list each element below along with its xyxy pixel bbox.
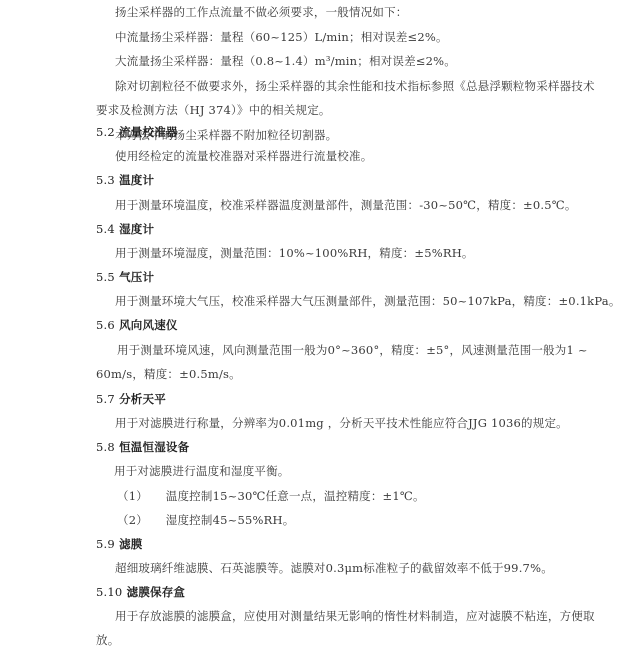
list-marker: （1） (117, 489, 148, 503)
section-number: 5.3 (96, 173, 115, 187)
section-title: 恒温恒湿设备 (119, 440, 189, 454)
section-body: 用于存放滤膜的滤膜盒，应使用对测量结果无影响的惰性材料制造，应对滤膜不粘连，方便… (115, 608, 595, 624)
section-title: 分析天平 (119, 392, 166, 406)
section-body: 用于测量环境大气压，校准采样器大气压测量部件，测量范围：50~107kPa，精度… (115, 293, 621, 309)
list-text: 湿度控制45~55%RH。 (166, 513, 295, 527)
list-text: 温度控制15~30℃任意一点，温控精度：±1℃。 (166, 489, 425, 503)
section-title: 气压计 (119, 270, 154, 284)
section-body: 使用经检定的流量校准器对采样器进行流量校准。 (115, 148, 372, 164)
list-item: （1） 温度控制15~30℃任意一点，温控精度：±1℃。 (117, 488, 425, 504)
section-title: 滤膜 (119, 537, 142, 551)
section-number: 5.6 (96, 318, 115, 332)
section-body: 用于测量环境温度，校准采样器温度测量部件，测量范围：-30~50℃，精度：±0.… (115, 197, 577, 213)
section-number: 5.5 (96, 270, 115, 284)
paragraph-line: 大流量扬尘采样器：量程（0.8~1.4）m³/min；相对误差≤2%。 (115, 53, 456, 69)
section-number: 5.7 (96, 392, 115, 406)
section-heading-5-4: 5.4 湿度计 (96, 221, 154, 237)
section-number: 5.10 (96, 585, 122, 599)
section-body: 用于测量环境风速，风向测量范围一般为0°~360°，精度：±5°，风速测量范围一… (117, 342, 588, 358)
section-title: 流量校准器 (119, 125, 178, 139)
section-heading-5-8: 5.8 恒温恒湿设备 (96, 439, 189, 455)
section-body: 用于对滤膜进行温度和湿度平衡。 (114, 463, 290, 479)
section-heading-5-7: 5.7 分析天平 (96, 391, 166, 407)
section-heading-5-3: 5.3 温度计 (96, 172, 154, 188)
section-heading-5-10: 5.10 滤膜保存盒 (96, 584, 185, 600)
section-title: 风向风速仪 (119, 318, 178, 332)
list-item: （2） 湿度控制45~55%RH。 (117, 512, 294, 528)
paragraph-line: 除对切割粒径不做要求外，扬尘采样器的其余性能和技术指标参照《总悬浮颗粒物采样器技… (115, 78, 595, 94)
paragraph-line: 扬尘采样器的工作点流量不做必须要求，一般情况如下： (115, 4, 408, 20)
section-body: 用于测量环境湿度，测量范围：10%~100%RH，精度：±5%RH。 (115, 245, 474, 261)
section-title: 湿度计 (119, 222, 154, 236)
section-heading-5-6: 5.6 风向风速仪 (96, 317, 178, 333)
section-title: 滤膜保存盒 (127, 585, 186, 599)
section-heading-5-5: 5.5 气压计 (96, 269, 154, 285)
section-number: 5.4 (96, 222, 115, 236)
section-body: 超细玻璃纤维滤膜、石英滤膜等。滤膜对0.3μm标准粒子的截留效率不低于99.7%… (115, 560, 553, 576)
section-number: 5.2 (96, 125, 115, 139)
section-body: 放。 (96, 632, 119, 648)
section-heading-5-9: 5.9 滤膜 (96, 536, 143, 552)
section-number: 5.8 (96, 440, 115, 454)
section-body: 用于对滤膜进行称量，分辨率为0.01mg ，分析天平技术性能应符合JJG 103… (115, 415, 568, 431)
paragraph-line: 中流量扬尘采样器：量程（60~125）L/min；相对误差≤2%。 (115, 29, 448, 45)
section-body: 60m/s，精度：±0.5m/s。 (96, 366, 241, 382)
section-title: 温度计 (119, 173, 154, 187)
section-number: 5.9 (96, 537, 115, 551)
paragraph-line: 要求及检测方法（HJ 374）》中的相关规定。 (96, 102, 331, 118)
list-marker: （2） (117, 513, 148, 527)
section-heading-5-2: 5.2 流量校准器 (96, 124, 178, 140)
